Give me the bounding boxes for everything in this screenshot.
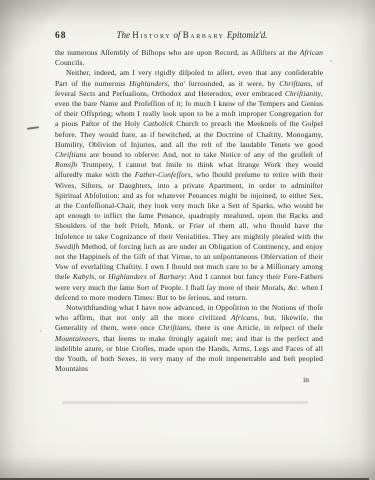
text-run-italic: Father-Confeſſors — [135, 170, 191, 179]
paragraph: Notwithſtanding what I have now advanced… — [55, 303, 323, 374]
catchword-row: in — [55, 375, 323, 385]
page-content: 68 The History of Barbary Epitomiz'd. th… — [55, 30, 323, 385]
text-run-italic: Kabyls — [73, 272, 94, 281]
text-run: , who ſhould preſume to retire with thei… — [55, 170, 323, 240]
scan-artifact-speck — [40, 330, 42, 332]
text-run-italic: Chriſtianity — [285, 89, 321, 98]
title-run: History — [132, 30, 171, 40]
text-run-italic: African — [300, 48, 323, 57]
paragraph: Neither, indeed, am I very rigidly diſpo… — [55, 68, 323, 303]
text-run-italic: Highlanders — [108, 272, 147, 281]
text-run: of — [147, 272, 159, 281]
title-run: Barbary — [183, 30, 225, 40]
text-run: , tho' ſurrounded, as it were, by — [168, 79, 280, 88]
scan-artifact-margin-dash — [27, 126, 39, 130]
text-run-italic: Highlanders — [129, 79, 168, 88]
text-run-italic: Africans — [231, 313, 257, 322]
text-body: the numerous Aſſembly of Biſhops who are… — [55, 48, 323, 375]
text-run-italic: &c. — [288, 283, 299, 292]
page-number: 68 — [55, 31, 91, 41]
text-run-italic: Barbary — [159, 272, 185, 281]
text-run-italic: Swediſh — [55, 242, 79, 251]
catchword: in — [303, 375, 309, 384]
text-run: , there is one Article, in reſpect of th… — [190, 323, 323, 332]
title-run: Epitomiz'd. — [225, 30, 268, 40]
text-run-italic: Mountaineers — [55, 334, 98, 343]
text-run: , or — [94, 272, 108, 281]
running-title: The History of Barbary Epitomiz'd. — [91, 30, 323, 40]
title-run: The — [116, 30, 132, 40]
text-run-italic: Chriſtians — [55, 150, 86, 159]
scan-artifact-smudge — [62, 401, 308, 404]
text-run-italic: Chriſtians — [279, 79, 310, 88]
text-run: the numerous Aſſembly of Biſhops who are… — [55, 48, 300, 57]
title-run: of — [171, 30, 183, 40]
text-run: Councils. — [55, 58, 84, 67]
paragraph: the numerous Aſſembly of Biſhops who are… — [55, 48, 323, 68]
text-run-italic: Romiſh — [55, 160, 77, 169]
text-run-italic: Chriſtians — [158, 323, 189, 332]
page-header: 68 The History of Barbary Epitomiz'd. — [55, 30, 323, 41]
book-page-scan: 68 The History of Barbary Epitomiz'd. th… — [0, 0, 375, 480]
text-run: are bound to obſerve: And, not to take N… — [86, 150, 323, 159]
scan-artifact-speck — [330, 60, 333, 62]
text-run-italic: Catholick — [143, 119, 173, 128]
